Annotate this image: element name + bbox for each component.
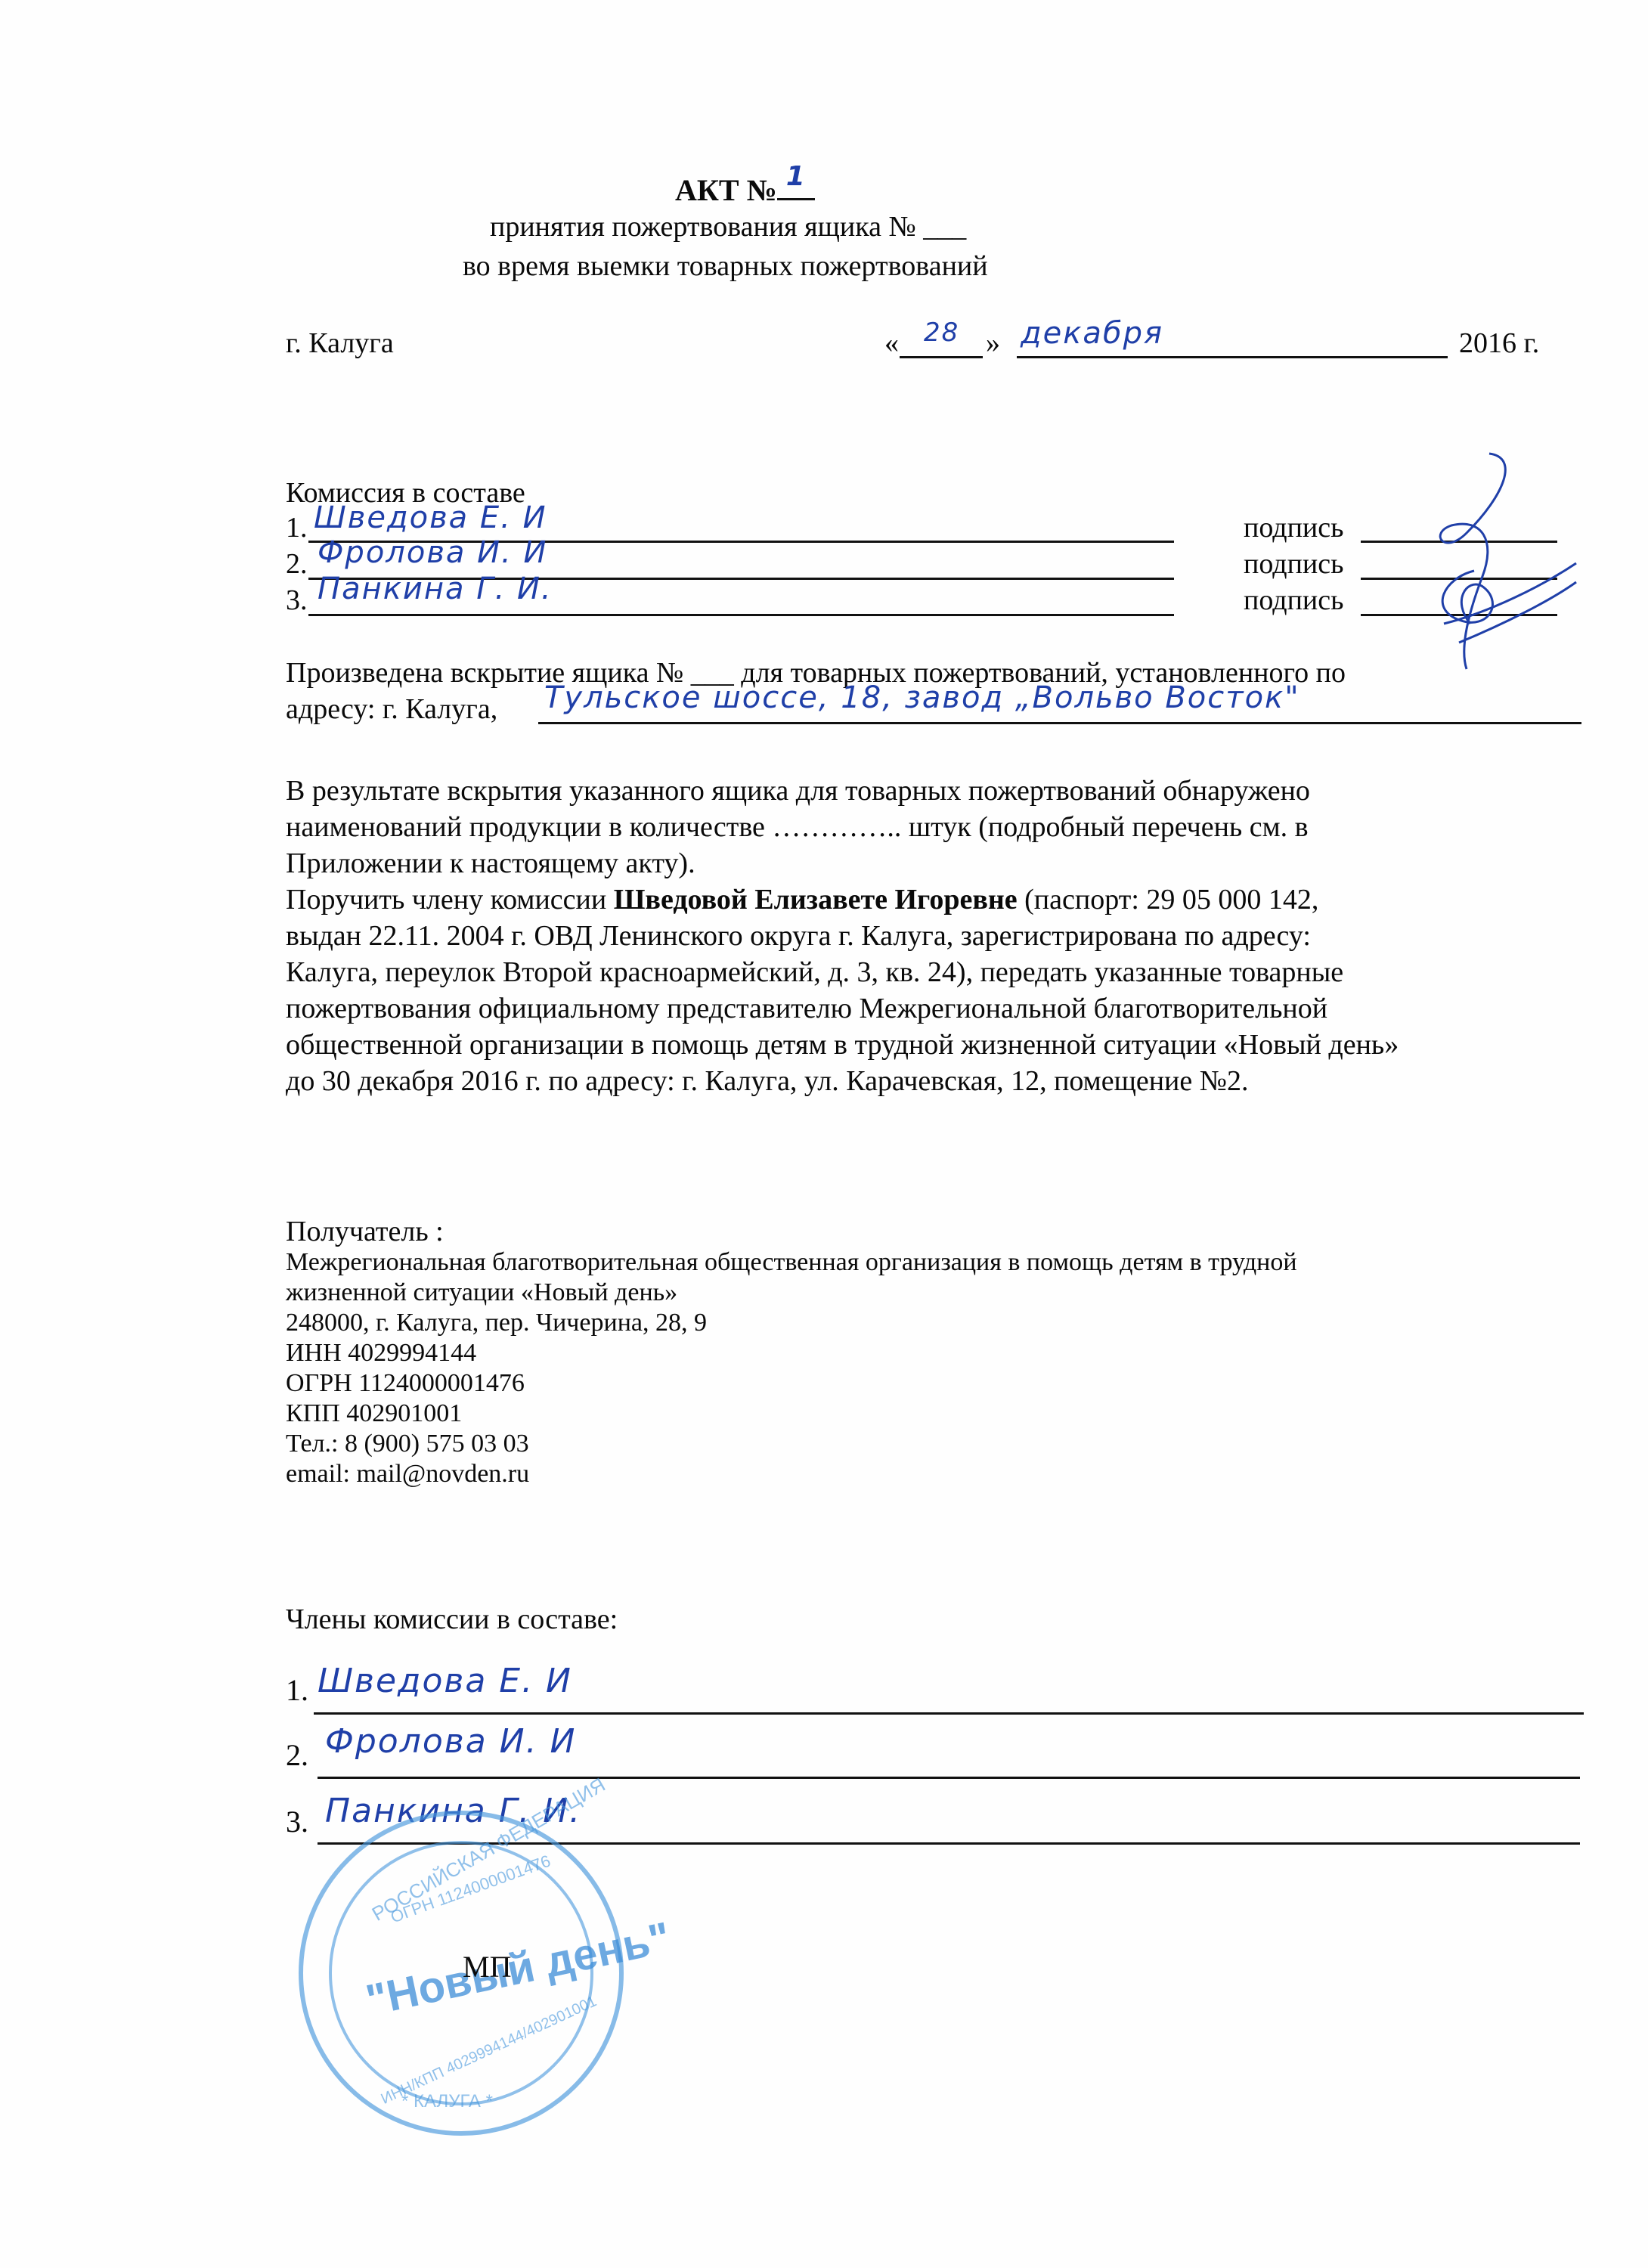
day-underline xyxy=(900,356,983,358)
instruct-name: Шведовой Елизавете Игоревне xyxy=(614,884,1018,916)
commission-member-2-name: Фролова И. И xyxy=(318,535,547,570)
result-line-1: В результате вскрытия указанного ящика д… xyxy=(286,774,1310,807)
act-title: АКТ №1 xyxy=(675,171,815,207)
recipient-email: email: mail@novden.ru xyxy=(286,1458,529,1491)
instruct-prefix: Поручить члену комиссии xyxy=(286,884,614,916)
recipient-org-line-1: Межрегиональная благотворительная общест… xyxy=(286,1246,1297,1279)
commission-member-2-number: 2. xyxy=(286,547,308,581)
recipient-heading: Получатель : xyxy=(286,1215,444,1248)
signature-scribble-icon xyxy=(1399,450,1580,677)
footer-member-2-number: 2. xyxy=(286,1739,308,1772)
act-label: АКТ № xyxy=(675,173,777,207)
result-line-5: выдан 22.11. 2004 г. ОВД Ленинского окру… xyxy=(286,919,1311,953)
commission-member-2-sign-label: подпись xyxy=(1244,547,1343,581)
result-line-3: Приложении к настоящему акту). xyxy=(286,847,695,880)
date-close-quote: » xyxy=(986,327,1000,360)
footer-member-1-number: 1. xyxy=(286,1674,308,1707)
city-label: г. Калуга xyxy=(286,327,394,360)
members-footer-heading: Члены комиссии в составе: xyxy=(286,1603,618,1636)
recipient-inn: ИНН 4029994144 xyxy=(286,1337,476,1370)
result-line-2: наименований продукции в количестве …………… xyxy=(286,810,1309,844)
day-handwritten: 28 xyxy=(924,318,959,348)
result-line-9: до 30 декабря 2016 г. по адресу: г. Калу… xyxy=(286,1064,1249,1098)
date-open-quote: « xyxy=(884,327,899,360)
organization-stamp: РОССИЙСКАЯ ФЕДЕРАЦИЯ ОГРН 1124000001476 … xyxy=(299,1811,624,2136)
commission-member-3-number: 3. xyxy=(286,584,308,617)
recipient-kpp: КПП 402901001 xyxy=(286,1397,462,1430)
result-line-7: пожертвования официальному представителю… xyxy=(286,992,1327,1025)
act-number-blank: 1 xyxy=(777,171,815,200)
footer-member-1-line xyxy=(314,1712,1584,1715)
footer-member-2-name: Фролова И. И xyxy=(325,1722,576,1761)
recipient-address: 248000, г. Калуга, пер. Чичерина, 28, 9 xyxy=(286,1306,707,1340)
year-label: 2016 г. xyxy=(1459,327,1539,360)
act-subtitle-2: во время выемки товарных пожертвований xyxy=(463,249,988,283)
commission-member-1-name: Шведова Е. И xyxy=(314,500,547,535)
recipient-ogrn: ОГРН 1124000001476 xyxy=(286,1367,525,1400)
opening-line-2-prefix: адресу: г. Калуга, xyxy=(286,692,497,726)
act-subtitle-1: принятия пожертвования ящика № ___ xyxy=(490,210,966,243)
footer-member-1-name: Шведова Е. И xyxy=(318,1662,572,1700)
recipient-org-line-2: жизненной ситуации «Новый день» xyxy=(286,1276,677,1309)
month-underline xyxy=(1017,356,1448,358)
recipient-phone: Тел.: 8 (900) 575 03 03 xyxy=(286,1427,529,1461)
act-number-handwritten: 1 xyxy=(786,160,807,194)
address-underline xyxy=(538,722,1581,724)
address-handwritten: Тульское шоссе, 18, завод „Вольво Восток… xyxy=(544,680,1300,715)
footer-member-2-line xyxy=(318,1777,1580,1779)
commission-member-1-sign-label: подпись xyxy=(1244,511,1343,544)
document-page: АКТ №1 принятия пожертвования ящика № __… xyxy=(0,0,1648,2268)
footer-member-3-number: 3. xyxy=(286,1805,308,1839)
commission-member-3-sign-label: подпись xyxy=(1244,584,1343,617)
result-line-8: общественной организации в помощь детям … xyxy=(286,1028,1399,1061)
commission-member-1-number: 1. xyxy=(286,511,308,544)
seal-label: МП xyxy=(463,1950,511,1984)
commission-member-3-line xyxy=(308,614,1174,616)
commission-member-3-name: Панкина Г. И. xyxy=(318,572,553,606)
instruct-suffix: (паспорт: 29 05 000 142, xyxy=(1018,884,1319,916)
result-line-4: Поручить члену комиссии Шведовой Елизаве… xyxy=(286,883,1318,916)
result-line-6: Калуга, переулок Второй красноармейский,… xyxy=(286,956,1343,989)
stamp-bottom-text: * КАЛУГА * xyxy=(401,2091,493,2112)
month-handwritten: декабря xyxy=(1021,316,1163,351)
